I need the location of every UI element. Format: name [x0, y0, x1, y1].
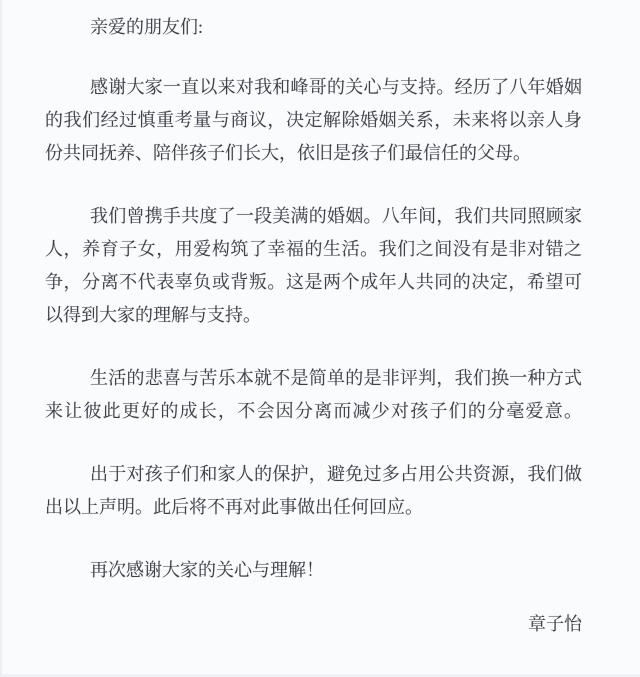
paragraph-line: 人，养育子女，用爱构筑了幸福的生活。我们之间没有是非对错之	[45, 233, 582, 266]
paragraph-line: 我们曾携手共度了一段美满的婚姻。八年间，我们共同照顾家	[45, 200, 582, 233]
paragraph-line: 的我们经过慎重考量与商议，决定解除婚姻关系，未来将以亲人身	[45, 104, 582, 137]
paragraph-4: 出于对孩子们和家人的保护，避免过多占用公共资源，我们做 出以上声明。此后将不再对…	[45, 458, 582, 524]
paragraph-line: 以得到大家的理解与支持。	[45, 299, 582, 332]
paragraph-line: 出于对孩子们和家人的保护，避免过多占用公共资源，我们做	[45, 458, 582, 491]
paragraph-line: 争，分离不代表辜负或背叛。这是两个成年人共同的决定，希望可	[45, 266, 582, 299]
paragraph-3: 生活的悲喜与苦乐本就不是简单的是非评判，我们换一种方式 来让彼此更好的成长，不会…	[45, 362, 582, 428]
salutation: 亲爱的朋友们:	[45, 11, 582, 44]
paragraph-line: 来让彼此更好的成长，不会因分离而减少对孩子们的分毫爱意。	[45, 395, 582, 428]
paragraph-line: 份共同抚养、陪伴孩子们长大，依旧是孩子们最信任的父母。	[45, 137, 582, 170]
paragraph-5-closing: 再次感谢大家的关心与理解！	[45, 554, 582, 587]
paragraph-line: 生活的悲喜与苦乐本就不是简单的是非评判，我们换一种方式	[45, 362, 582, 395]
paragraph-2: 我们曾携手共度了一段美满的婚姻。八年间，我们共同照顾家 人，养育子女，用爱构筑了…	[45, 200, 582, 332]
closing-line: 再次感谢大家的关心与理解！	[45, 554, 582, 587]
signature: 章子怡	[45, 608, 582, 641]
paragraph-1: 感谢大家一直以来对我和峰哥的关心与支持。经历了八年婚姻 的我们经过慎重考量与商议…	[45, 71, 582, 170]
statement-letter: 亲爱的朋友们: 感谢大家一直以来对我和峰哥的关心与支持。经历了八年婚姻 的我们经…	[0, 0, 640, 677]
paragraph-line: 出以上声明。此后将不再对此事做出任何回应。	[45, 491, 582, 524]
paragraph-line: 感谢大家一直以来对我和峰哥的关心与支持。经历了八年婚姻	[45, 71, 582, 104]
